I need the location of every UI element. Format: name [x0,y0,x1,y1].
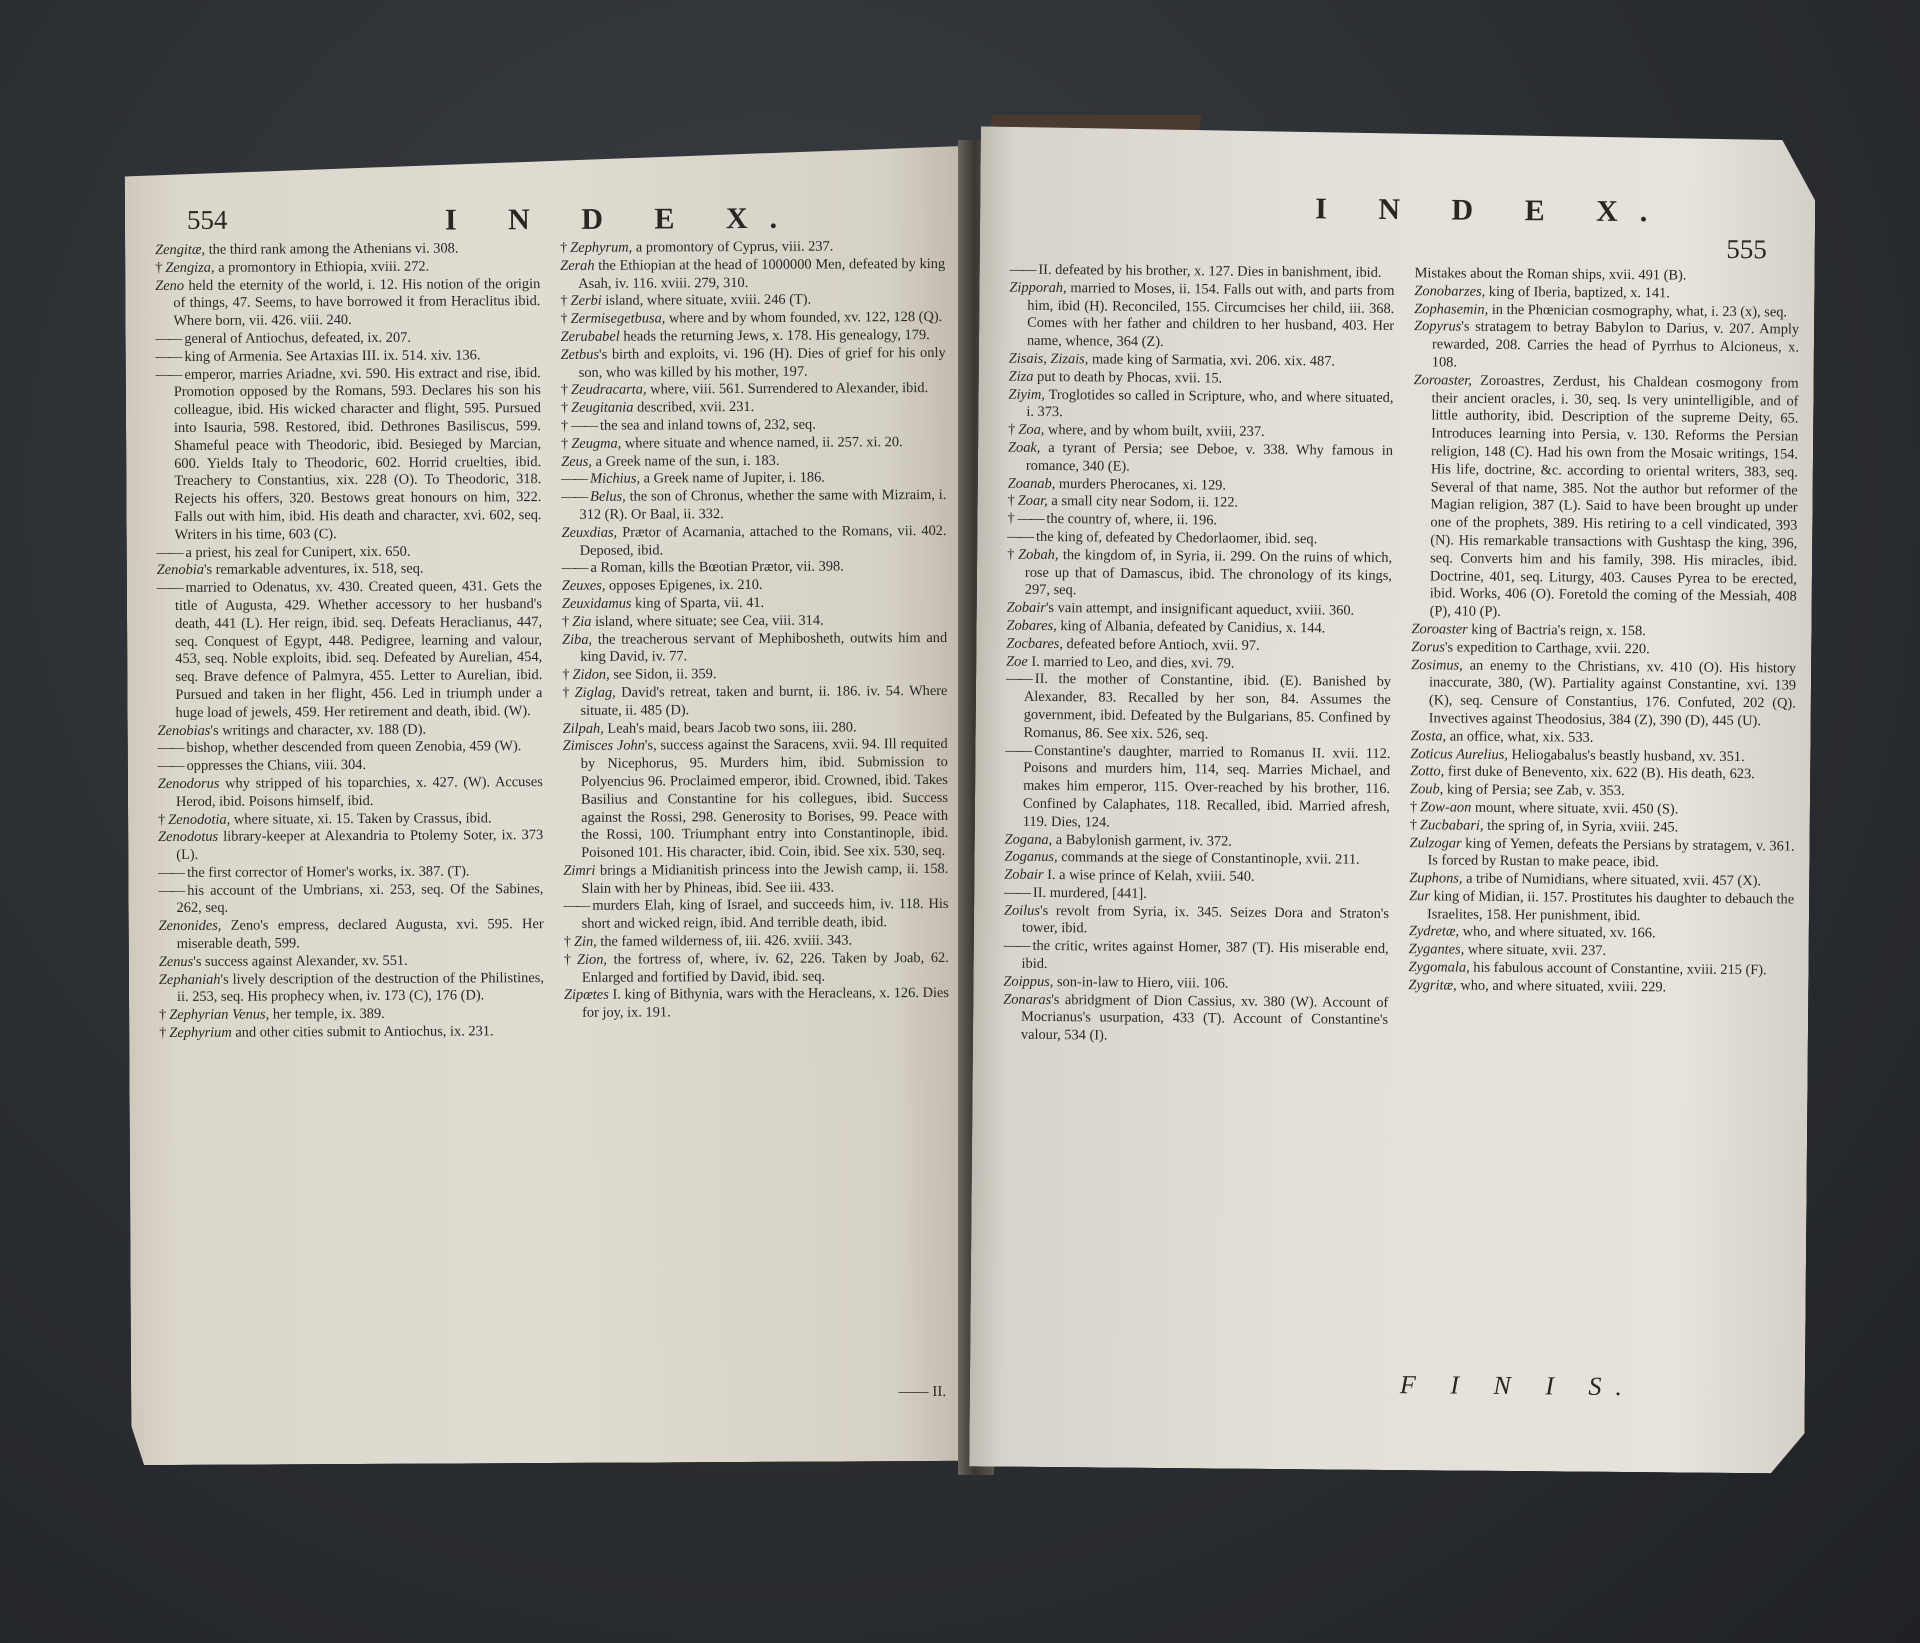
index-entry: ——oppresses the Chians, viii. 304. [158,756,543,776]
index-entry: ——king of Armenia. See Artaxias III. ix.… [156,347,541,367]
ditto-dash: —— [157,580,182,596]
entry-text: I. king of Bithynia, wars with the Herac… [582,985,949,1021]
finis-colophon: F I N I S. [1400,1370,1636,1402]
entry-headword: Zimri [563,863,595,879]
entry-text: 's writings and character, xv. 188 (D). [210,721,426,738]
entry-headword: Zygomala, [1408,959,1469,976]
index-entry: Zenodotus library-keeper at Alexandria t… [158,827,543,865]
entry-headword: Zephaniah [159,971,221,987]
entry-headword: Zerbi [571,293,602,309]
entry-text: 's stratagem to betray Babylon to Darius… [1432,319,1799,371]
entry-text: Zoroastres, Zerdust, his Chaldean cosmog… [1430,372,1799,620]
entry-text: king of Bactria's reign, x. 158. [1468,622,1646,640]
index-entry: Zenobia's remarkable adventures, ix. 518… [157,560,542,580]
index-entry: Zoak, a tyrant of Persia; see Deboe, v. … [1008,440,1393,479]
entry-text: first duke of Benevento, xix. 622 (B). H… [1444,764,1755,783]
entry-text: the sea and inland towns of, 232, seq. [600,417,816,434]
ditto-dash: —— [563,898,588,914]
entry-headword: Zion, [577,952,607,968]
entry-headword: Zobares, [1006,618,1056,634]
entry-text: his fabulous account of Constantine, xvi… [1470,960,1767,979]
entry-headword: Zetbus [561,347,599,363]
index-entry: Zonaras's abridgment of Dion Cassius, xv… [1003,991,1388,1048]
left-page: 554 I N D E X. Zengitæ, the third rank a… [125,146,977,1465]
entry-text: 's remarkable adventures, ix. 518, seq. [204,561,424,578]
entry-text: the son of Chronus, whether the same wit… [579,487,946,523]
dagger-icon: † [562,614,569,630]
entry-headword: Zeugma, [571,435,621,451]
ditto-dash: —— [1010,262,1035,278]
page-number: 555 [1726,234,1767,265]
entry-text: who, and where situated, xviii. 229. [1457,977,1667,995]
entry-headword: Zipœtes [564,987,609,1003]
index-entry: Ziba, the treacherous servant of Mephibo… [562,629,947,667]
entry-headword: Ziglag, [575,685,616,701]
entry-text: murders Elah, king of Israel, and succee… [582,896,949,932]
entry-text: king of Armenia. See Artaxias III. ix. 5… [184,347,480,365]
index-entry: Zipœtes I. king of Bithynia, wars with t… [564,985,949,1023]
entry-text: Constantine's daughter, married to Roman… [1023,742,1391,830]
entry-text: 's success against Alexander, xv. 551. [193,953,408,970]
index-entry: Zoilus's revolt from Syria, ix. 345. Sei… [1004,902,1389,941]
dagger-icon: † [1008,422,1015,438]
entry-text: Mistakes about the Roman ships, xvii. 49… [1415,265,1687,283]
entry-text: king of Sparta, vii. 41. [631,595,764,612]
index-entry: †Zin, the famed wilderness of, iii. 426.… [564,932,949,952]
entry-text: 's expedition to Carthage, xvii. 220. [1445,639,1650,657]
entry-headword: Zoticus Aurelius, [1410,746,1508,763]
index-entry: Zimri brings a Midianitish princess into… [563,861,948,899]
entry-text: the spring of, in Syria, xviii. 245. [1483,817,1678,835]
index-entry: Zygritæ, who, and where situated, xviii.… [1408,977,1793,998]
entry-headword: Zoroaster, [1414,372,1472,389]
entry-headword: Zia [572,614,591,630]
index-entry: †Zeugitania described, xvii. 231. [561,398,946,418]
entry-headword: Zenobias [158,722,211,738]
index-entry: ——bishop, whether descended from queen Z… [158,738,543,758]
entry-text: the kingdom of, in Syria, ii. 299. On th… [1025,547,1392,599]
dagger-icon: † [560,240,567,256]
entry-headword: Zephyrum, [570,240,632,256]
entry-text: II. the mother of Constantine, ibid. (E)… [1024,671,1392,742]
dagger-icon: † [1410,817,1417,833]
index-entry: Ziyim, Troglotides so called in Scriptur… [1008,386,1393,425]
entry-headword: Zopyrus [1414,319,1461,335]
index-entry: Zenodorus why stripped of his toparchies… [158,774,543,812]
entry-headword: Zeuxes, [562,578,606,594]
entry-headword: Zilpah, [563,720,604,736]
entry-headword: Zenodotia, [168,811,230,827]
entry-text: brings a Midianitish princess into the J… [581,861,948,897]
entry-headword: Ziba, [562,631,592,647]
entry-headword: Zermisegetbusa, [571,311,666,327]
entry-headword: Zonobarzes, [1414,283,1485,300]
ditto-dash: —— [156,367,181,383]
entry-headword: Zeuxidamus [562,596,632,612]
index-entry: Zipporah, married to Moses, ii. 154. Fal… [1009,279,1395,354]
entry-headword: Zygantes, [1409,941,1465,957]
entry-text: where situate, xi. 15. Taken by Crassus,… [230,810,491,827]
dagger-icon: † [1007,511,1014,527]
index-entry: Zeuxidamus king of Sparta, vii. 41. [562,594,947,614]
entry-text: king of Midian, ii. 157. Prostitutes his… [1427,888,1794,924]
index-entry: †Zobah, the kingdom of, in Syria, ii. 29… [1007,546,1392,603]
entry-headword: Zobair [1007,600,1046,616]
entry-headword: Zephyrium [169,1025,231,1041]
ditto-dash: —— [158,883,183,899]
ditto-dash: —— [158,865,183,881]
index-entry: Zulzogar king of Yemen, defeats the Pers… [1409,835,1794,874]
index-entry: †Ziglag, David's retreat, taken and burn… [562,683,947,721]
dagger-icon: † [159,1007,166,1023]
entry-text: emperor, marries Ariadne, xvi. 590. His … [174,365,542,543]
entry-text: the third rank among the Athenians vi. 3… [205,240,458,257]
dagger-icon: † [562,667,569,683]
ditto-dash: —— [1018,511,1043,527]
dagger-icon: † [561,436,568,452]
entry-text: commands at the siege of Constantinople,… [1058,849,1360,868]
dagger-icon: † [158,812,165,828]
entry-headword: Zidon, [572,667,609,683]
index-entry: Zeuxdias, Prætor of Acarnania, attached … [562,523,947,561]
entry-text: son-in-law to Hiero, viii. 106. [1053,974,1228,992]
index-column: Mistakes about the Roman ships, xvii. 49… [1408,265,1800,1051]
dagger-icon: † [561,382,568,398]
entry-headword: Zenonides, [159,918,222,934]
entry-text: a tyrant of Persia; see Deboe, v. 338. W… [1026,440,1393,475]
index-entry: Zerah the Ethiopian at the head of 10000… [560,256,945,294]
entry-text: heads the returning Jews, x. 178. His ge… [620,327,930,345]
entry-text: II. defeated by his brother, x. 127. Die… [1038,262,1381,281]
entry-headword: Zipporah, [1009,279,1066,295]
entry-headword: Zoar, [1018,493,1048,509]
entry-headword: Zengitæ, [155,242,205,258]
right-page: I N D E X. 555 ——II. defeated by his bro… [969,126,1816,1473]
entry-headword: Zisais, Zizais, [1009,351,1089,368]
entry-text: 's lively description of the destruction… [177,970,544,1006]
ditto-dash: —— [156,349,181,365]
entry-text: why stripped of his toparchies, x. 427. … [176,774,543,810]
entry-headword: Zur [1409,888,1430,904]
index-columns: ——II. defeated by his brother, x. 127. D… [1003,262,1800,1052]
entry-text: where, and by whom built, xviii, 237. [1044,422,1264,440]
index-entry: †Zia island, where situate; see Cea, vii… [562,612,947,632]
entry-headword: Zucbabari, [1420,817,1484,834]
index-entry: ——Belus, the son of Chronus, whether the… [561,487,946,525]
entry-text: who, and where situated, xv. 166. [1459,924,1656,942]
entry-headword: Zorus [1411,639,1445,655]
index-entry: †Zion, the fortress of, where, iv. 62, 2… [564,950,949,988]
ditto-dash: —— [1004,885,1029,901]
index-entry: Zilpah, Leah's maid, bears Jacob two son… [563,718,948,738]
entry-text: a Roman, kills the Bœotian Prætor, vii. … [590,559,843,576]
entry-text: the famed wilderness of, iii. 426. xviii… [597,933,852,950]
entry-text: put to death by Phocas, xvii. 15. [1033,369,1222,387]
dagger-icon: † [159,1025,166,1041]
ditto-dash: —— [1005,742,1030,758]
entry-headword: Zonaras [1003,991,1051,1007]
entry-text: his account of the Umbrians, xi. 253, se… [176,881,543,917]
dagger-icon: † [561,418,568,434]
entry-headword: Zoroaster [1411,621,1467,637]
ditto-dash: —— [158,758,183,774]
entry-text: the first corrector of Homer's works, ix… [187,863,469,880]
dagger-icon: † [560,293,567,309]
dagger-icon: † [560,311,567,327]
entry-text: a Greek name of Jupiter, i. 186. [640,470,825,487]
entry-text: made king of Sarmatia, xvi. 206. xix. 48… [1088,351,1335,369]
entry-headword: Zulzogar [1410,835,1462,851]
index-entry: †Zephyrum, a promontory of Cyprus, viii.… [560,238,945,258]
ditto-dash: —— [1004,938,1029,954]
entry-headword: Zerubabel [561,329,620,345]
index-column: Zengitæ, the third rank among the Atheni… [155,240,544,1043]
entry-text: a Greek name of the sun, i. 183. [592,452,780,469]
index-entry: ——Michius, a Greek name of Jupiter, i. 1… [561,469,946,489]
entry-headword: Zeudracarta, [571,382,647,398]
entry-text: in the Phœnician cosmography, what, i. 2… [1488,301,1787,320]
entry-headword: Zenodorus [158,776,220,792]
entry-text: II. murdered, [441]. [1033,885,1147,902]
index-entry: Zoroaster, Zoroastres, Zerdust, his Chal… [1412,372,1799,625]
entry-headword: Ziyim, [1008,386,1045,402]
index-entry: Zimisces John's, success against the Sar… [563,736,949,863]
entry-headword: Zoak, [1008,440,1041,456]
entry-text: where and by whom founded, xv. 122, 128 … [665,309,942,326]
ditto-dash: —— [156,331,181,347]
entry-text: 's revolt from Syria, ix. 345. Seizes Do… [1022,903,1389,937]
ditto-dash: —— [561,489,586,505]
entry-headword: Zoe [1006,653,1028,669]
index-entry: Zopyrus's stratagem to betray Babylon to… [1414,319,1799,376]
index-entry: †Zeugma, where situate and whence named,… [561,434,946,454]
entry-headword: Ziza [1009,368,1034,384]
open-book: 554 I N D E X. Zengitæ, the third rank a… [0,0,1920,1643]
ditto-dash: —— [1007,529,1032,545]
entry-headword: Zeno [155,278,184,294]
index-entry: †Zermisegetbusa, where and by whom found… [560,309,945,329]
entry-headword: Zenus [159,954,193,970]
ditto-dash: —— [158,740,183,756]
entry-text: defeated before Antioch, xvii. 97. [1063,636,1260,654]
index-entry: †Zeudracarta, where, viii. 561. Surrende… [561,380,946,400]
entry-text: where situate, xvii. 237. [1464,942,1606,959]
entry-headword: Zeugitania [571,400,633,416]
entry-text: oppresses the Chians, viii. 304. [187,757,367,774]
entry-text: the critic, writes against Homer, 387 (T… [1021,938,1388,972]
catchword: —— II. [899,1384,947,1401]
index-entry: Zeuxes, opposes Epigenes, ix. 210. [562,576,947,596]
entry-text: and other cities submit to Antiochus, ix… [232,1023,494,1040]
entry-text: 's abridgment of Dion Cassius, xv. 380 (… [1021,992,1388,1044]
index-entry: ——emperor, marries Ariadne, xvi. 590. Hi… [156,365,542,545]
entry-text: king of Persia; see Zab, v. 353. [1443,782,1624,800]
entry-headword: Zobair [1004,867,1043,883]
entry-text: a small city near Sodom, ii. 122. [1048,493,1238,511]
entry-text: see Sidon, ii. 359. [610,666,717,683]
entry-text: David's retreat, taken and burnt, ii. 18… [580,683,947,719]
ditto-dash: —— [1006,671,1031,687]
entry-text: a promontory in Ethiopia, xviii. 272. [215,258,430,275]
index-entry: Zephaniah's lively description of the de… [159,970,544,1008]
entry-text: Prætor of Acarnania, attached to the Rom… [580,523,947,559]
entry-text: a promontory of Cyprus, viii. 237. [632,239,833,256]
index-entry: Zerubabel heads the returning Jews, x. 1… [561,327,946,347]
entry-headword: Zogana, [1005,831,1053,847]
entry-text: island, where situate, xviii. 246 (T). [602,292,812,309]
entry-headword: Zengiza, [165,260,214,276]
entry-text: her temple, ix. 389. [269,1006,385,1023]
entry-text: king of Yemen, defeats the Persians by s… [1427,835,1794,871]
index-entry: ——a priest, his zeal for Cunipert, xix. … [157,543,542,563]
index-entry: †——the sea and inland towns of, 232, seq… [561,416,946,436]
entry-text: king of Albania, defeated by Canidius, x… [1057,618,1326,636]
index-entry: Zenonides, Zeno's empress, declared Augu… [159,916,544,954]
entry-text: mount, where situate, xvii. 450 (S). [1471,800,1678,818]
entry-headword: Zin, [574,934,597,950]
entry-text: married to Odenatus, xv. 430. Created qu… [175,578,543,720]
entry-text: 's birth and exploits, vi. 196 (H). Dies… [579,345,946,381]
entry-text: Zeno's empress, declared Augusta, xvi. 5… [177,916,544,952]
entry-text: island, where situate; see Cea, viii. 31… [591,612,823,629]
entry-text: a tribe of Numidians, where situated, xv… [1462,871,1761,890]
dagger-icon: † [1007,546,1015,562]
running-head: I N D E X. 555 [980,181,1815,228]
index-entry: Zeus, a Greek name of the sun, i. 183. [561,451,946,471]
entry-headword: Zephyrian Venus, [169,1007,269,1024]
entry-text: king of Iberia, baptized, x. 141. [1485,284,1670,302]
ditto-dash: —— [561,471,586,487]
entry-headword: Zoub, [1410,781,1443,797]
entry-text: I. a wise prince of Kelah, xviii. 540. [1043,867,1254,885]
entry-headword: Zenobia [157,562,204,578]
entry-text: opposes Epigenes, ix. 210. [605,577,762,594]
index-entry: ——murders Elah, king of Israel, and succ… [563,896,948,934]
entry-text: the treacherous servant of Mephibosheth,… [580,629,947,665]
dagger-icon: † [1410,799,1417,815]
entry-headword: Zeuxdias, [562,524,618,540]
entry-text: where situate and whence named, ii. 257.… [621,434,902,451]
entry-text: an office, what, xix. 533. [1446,728,1593,745]
index-entry: Zengitæ, the third rank among the Atheni… [155,240,540,260]
entry-headword: Zerah [560,258,594,274]
entry-text: bishop, whether descended from queen Zen… [186,738,521,756]
entry-headword: Zeus, [561,453,592,469]
index-entry: Zosimus, an enemy to the Christians, xv.… [1411,657,1797,732]
entry-headword: Zobah, [1018,546,1059,562]
entry-text: described, xvii. 231. [633,399,754,416]
entry-headword: Zow-aon [1420,799,1471,815]
entry-headword: Zosimus, [1411,657,1463,673]
entry-text: murders Pherocanes, xi. 129. [1055,476,1226,493]
index-entry: †Zengiza, a promontory in Ethiopia, xvii… [155,258,540,278]
index-entry: Zenus's success against Alexander, xv. 5… [159,952,544,972]
entry-headword: Belus, [590,489,626,505]
entry-text: 's, success against the Saracens, xvii. … [581,736,948,861]
entry-headword: Zocbares, [1006,635,1063,651]
entry-headword: Zosta, [1410,728,1446,744]
entry-headword: Zoippus, [1003,973,1053,989]
entry-headword: Zoa, [1018,422,1044,438]
entry-text: the Ethiopian at the head of 1000000 Men… [578,256,945,292]
dagger-icon: † [562,685,571,701]
index-entry: ——the first corrector of Homer's works, … [158,863,543,883]
index-entry: †Zerbi island, where situate, xviii. 246… [560,291,945,311]
index-entry: Zetbus's birth and exploits, vi. 196 (H)… [561,345,946,383]
entry-text: an enemy to the Christians, xv. 410 (O).… [1429,657,1797,729]
entry-headword: Zophasemin, [1414,301,1488,318]
dagger-icon: † [561,400,568,416]
index-column: ——II. defeated by his brother, x. 127. D… [1003,262,1395,1048]
entry-headword: Zydretæ, [1409,924,1459,940]
entry-headword: Zoganus, [1004,849,1057,865]
entry-text: Leah's maid, bears Jacob two sons, iii. … [604,719,857,736]
dagger-icon: † [564,934,571,950]
page-number: 554 [187,205,228,236]
entry-headword: Zoilus [1004,902,1040,918]
entry-text: general of Antiochus, defeated, ix. 207. [184,330,411,347]
entry-text: the country of, where, ii. 196. [1046,511,1217,528]
entry-headword: Zygritæ, [1408,977,1457,993]
entry-text: 's vain attempt, and insignificant aqued… [1046,600,1354,619]
entry-headword: Zenodotus [158,829,218,845]
entry-headword: Zoanab, [1008,475,1056,491]
entry-text: library-keeper at Alexandria to Ptolemy … [176,827,543,863]
index-entry: †Zidon, see Sidon, ii. 359. [562,665,947,685]
index-entry: †Zenodotia, where situate, xi. 15. Taken… [158,810,543,830]
entry-headword: Zuphons, [1409,870,1462,886]
index-entry: ——married to Odenatus, xv. 430. Created … [157,578,543,722]
entry-text: a Babylonish garment, iv. 372. [1052,832,1232,850]
index-entry: ——a Roman, kills the Bœotian Prætor, vii… [562,558,947,578]
index-entry: ——his account of the Umbrians, xi. 253, … [158,881,543,919]
entry-headword: Zotto, [1410,763,1444,779]
entry-text: the king of, defeated by Chedorlaomer, i… [1036,529,1317,547]
entry-text: the fortress of, where, iv. 62, 226. Tak… [582,950,949,986]
entry-text: held the eternity of the world, i. 12. H… [173,276,540,330]
index-entry: ——II. the mother of Constantine, ibid. (… [1005,671,1391,746]
dagger-icon: † [564,952,574,968]
index-entry: ——the critic, writes against Homer, 387 … [1003,938,1388,977]
index-entry: ——general of Antiochus, defeated, ix. 20… [156,329,541,349]
index-columns: Zengitæ, the third rank among the Atheni… [155,238,949,1043]
entry-text: Troglotides so called in Scripture, who,… [1026,387,1393,421]
running-title: I N D E X. [445,202,799,238]
index-entry: Zur king of Midian, ii. 157. Prostitutes… [1409,888,1794,927]
entry-text: married to Moses, ii. 154. Falls out wit… [1027,280,1395,350]
entry-headword: Michius, [590,471,640,487]
dagger-icon: † [1008,493,1015,509]
index-entry: Zeno held the eternity of the world, i. … [155,276,540,331]
ditto-dash: —— [562,560,587,576]
entry-text: Heliogabalus's beastly husband, xv. 351. [1508,747,1745,765]
entry-headword: Zimisces John [563,738,645,754]
index-column: †Zephyrum, a promontory of Cyprus, viii.… [560,238,949,1041]
ditto-dash: —— [157,544,182,560]
running-title: I N D E X. [1315,192,1669,229]
index-entry: †Zephyrium and other cities submit to An… [159,1023,544,1043]
index-entry: Zenobias's writings and character, xv. 1… [158,721,543,741]
index-entry: ——Constantine's daughter, married to Rom… [1005,742,1391,834]
entry-text: a priest, his zeal for Cunipert, xix. 65… [185,543,410,560]
dagger-icon: † [155,260,162,276]
index-entry: †Zephyrian Venus, her temple, ix. 389. [159,1005,544,1025]
ditto-dash: —— [571,418,596,434]
entry-text: I. married to Leo, and dies, xvi. 79. [1028,653,1235,671]
entry-text: where, viii. 561. Surrendered to Alexand… [647,380,929,397]
